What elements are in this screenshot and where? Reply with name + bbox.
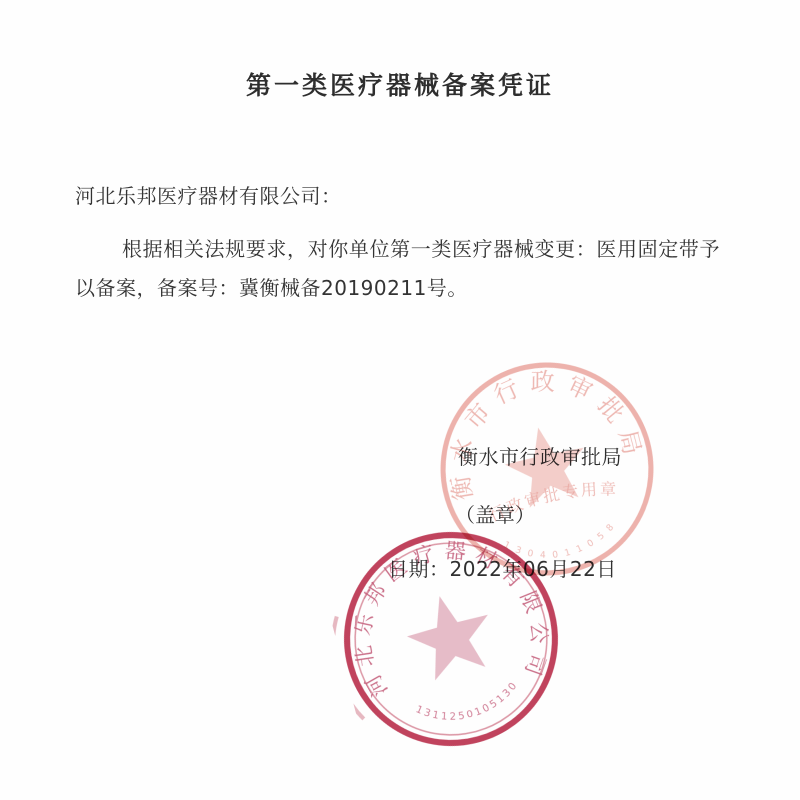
company-seal-star-icon — [399, 585, 501, 684]
signature-seal-label: （盖章） — [455, 499, 535, 528]
svg-text:河北乐邦医疗器材有限公司: 河北乐邦医疗器材有限公司 — [327, 515, 568, 732]
signature-date-line: 日期：2022年06月22日 — [388, 553, 617, 582]
company-seal-ring — [324, 512, 579, 767]
svg-text:1311250105130: 1311250105130 — [412, 677, 526, 734]
approval-seal-ring-text: 衡水市行政审批局 — [427, 348, 649, 504]
addressee-line: 河北乐邦医疗器材有限公司： — [75, 180, 342, 209]
company-seal-ring-text: 河北乐邦医疗器材有限公司 — [327, 515, 568, 732]
company-seal-code: 1311250105130 — [412, 677, 526, 734]
signature-org-name: 衡水市行政审批局 — [458, 441, 622, 470]
body-paragraph: 根据相关法规要求，对你单位第一类医疗器械变更：医用固定带予以备案，备案号：冀衡械… — [75, 230, 720, 308]
page-title: 第一类医疗器械备案凭证 — [0, 66, 800, 102]
certificate-page: 第一类医疗器械备案凭证 河北乐邦医疗器材有限公司： 根据相关法规要求，对你单位第… — [0, 0, 800, 800]
company-seal-stamp-icon: 河北乐邦医疗器材有限公司 1311250105130 — [315, 503, 587, 775]
svg-text:衡水市行政审批局: 衡水市行政审批局 — [427, 348, 649, 504]
